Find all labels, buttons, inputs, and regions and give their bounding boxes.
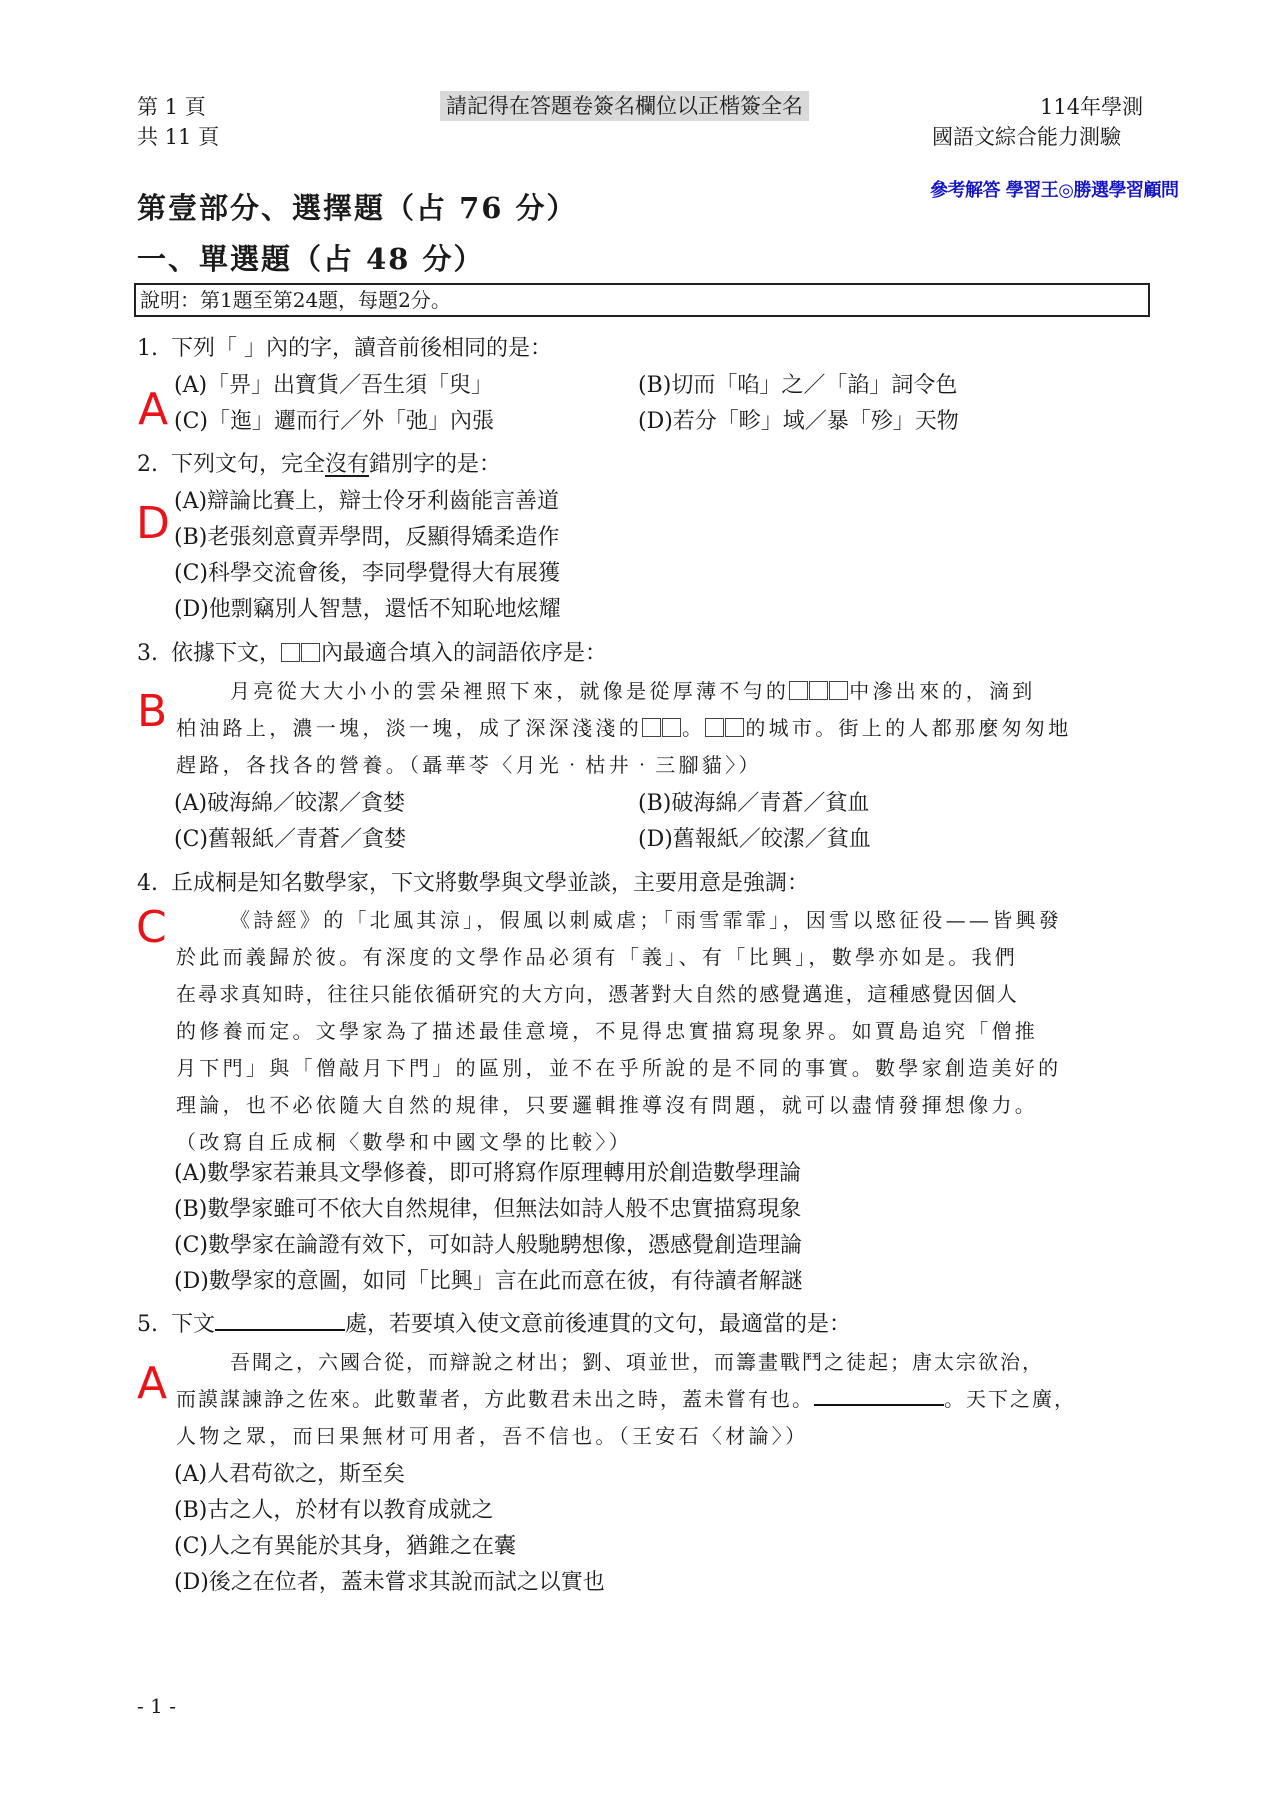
q5-option-d: (D)後之在位者，蓋未嘗求其說而試之以實也 [174,1565,605,1601]
question-4-stem: 4.丘成桐是知名數學家，下文將數學與文學並談，主要用意是強調： [137,866,809,902]
answer-mark-3: B [137,690,167,734]
q3-option-d: (D)舊報紙／皎潔／貧血 [638,822,871,858]
q5-option-c: (C)人之有異能於其身，猶錐之在囊 [174,1529,516,1565]
question-3-stem: 3.依據下文，內最適合填入的詞語依序是： [137,636,607,672]
q3-option-b: (B)破海綿／青蒼／貧血 [638,786,869,822]
question-number: 1. [137,331,171,367]
signature-notice: 請記得在答題卷簽名欄位以正楷簽全名 [440,91,809,121]
q2-option-d: (D)他剽竊別人智慧，還恬不知恥地炫耀 [174,592,561,628]
exam-subject: 國語文綜合能力測驗 [932,122,1121,152]
part-title: 第壹部分、選擇題（占 76 分） [137,186,578,227]
q1-option-b: (B)切而「啗」之／「諂」詞令色 [638,368,957,404]
q2-option-a: (A)辯論比賽上，辯士伶牙利齒能言善道 [174,484,559,520]
question-1-stem: 1.下列「 」內的字，讀音前後相同的是： [137,331,552,367]
q1-option-d: (D)若分「畛」域／暴「殄」天物 [638,404,959,440]
question-5-stem: 5.下文處，若要填入使文意前後連貫的文句，最適當的是： [137,1307,851,1343]
fill-blank [215,1309,345,1331]
q1-option-a: (A)「畀」出寶貨／吾生須「臾」 [174,368,493,404]
q4-option-d: (D)數學家的意圖，如同「比興」言在此而意在彼，有待讀者解謎 [174,1264,803,1300]
instructions-text: 說明：第1題至第24題，每題2分。 [140,288,451,312]
question-2-stem: 2.下列文句，完全沒有錯別字的是： [137,447,501,483]
total-pages: 共 11 頁 [137,122,219,152]
instructions-box: 說明：第1題至第24題，每題2分。 [134,283,1150,317]
q3-option-c: (C)舊報紙／青蒼／貪婪 [174,822,406,858]
question-4-passage: 《詩經》的「北風其涼」，假風以刺威虐；「雨雪霏霏」，因雪以愍征役——皆興發 於此… [176,902,1156,1161]
q5-option-a: (A)人君苟欲之，斯至矣 [174,1457,405,1493]
fill-blank [814,1384,944,1406]
q1-option-c: (C)「迤」邐而行／外「弛」內張 [174,404,494,440]
answer-mark-1: A [138,388,168,432]
page-number-footer: - 1 - [137,1694,176,1718]
exam-year: 114年學測 [1040,92,1143,122]
blank-box [301,643,320,662]
q5-option-b: (B)古之人，於材有以教育成就之 [174,1493,493,1529]
q4-option-b: (B)數學家雖可不依大自然規律，但無法如詩人般不忠實描寫現象 [174,1192,801,1228]
blank-box [281,643,300,662]
q3-option-a: (A)破海綿／皎潔／貪婪 [174,786,405,822]
q4-option-a: (A)數學家若兼具文學修養，即可將寫作原理轉用於創造數學理論 [174,1156,801,1192]
q2-option-c: (C)科學交流會後，李同學覺得大有展獲 [174,556,560,592]
answer-mark-2: D [136,502,170,546]
q2-option-b: (B)老張刻意賣弄學問，反顯得矯柔造作 [174,520,559,556]
question-5-passage: 吾聞之，六國合從，而辯說之材出；劉、項並世，而籌畫戰鬥之徒起；唐太宗欲治， 而謨… [176,1344,1156,1455]
q4-option-c: (C)數學家在論證有效下，可如詩人般馳騁想像，憑感覺創造理論 [174,1228,802,1264]
answer-source-label: 參考解答 學習王◎勝選學習顧問 [930,176,1178,202]
answer-mark-5: A [137,1362,167,1406]
page-label: 第 1 頁 [137,92,206,122]
sub-title: 一、單選題（占 48 分） [137,237,485,278]
question-3-passage: 月亮從大大小小的雲朵裡照下來，就像是從厚薄不勻的中滲出來的，滴到 柏油路上，濃一… [176,673,1146,784]
emphasis-no: 沒有 [325,452,369,477]
answer-mark-4: C [136,906,167,950]
